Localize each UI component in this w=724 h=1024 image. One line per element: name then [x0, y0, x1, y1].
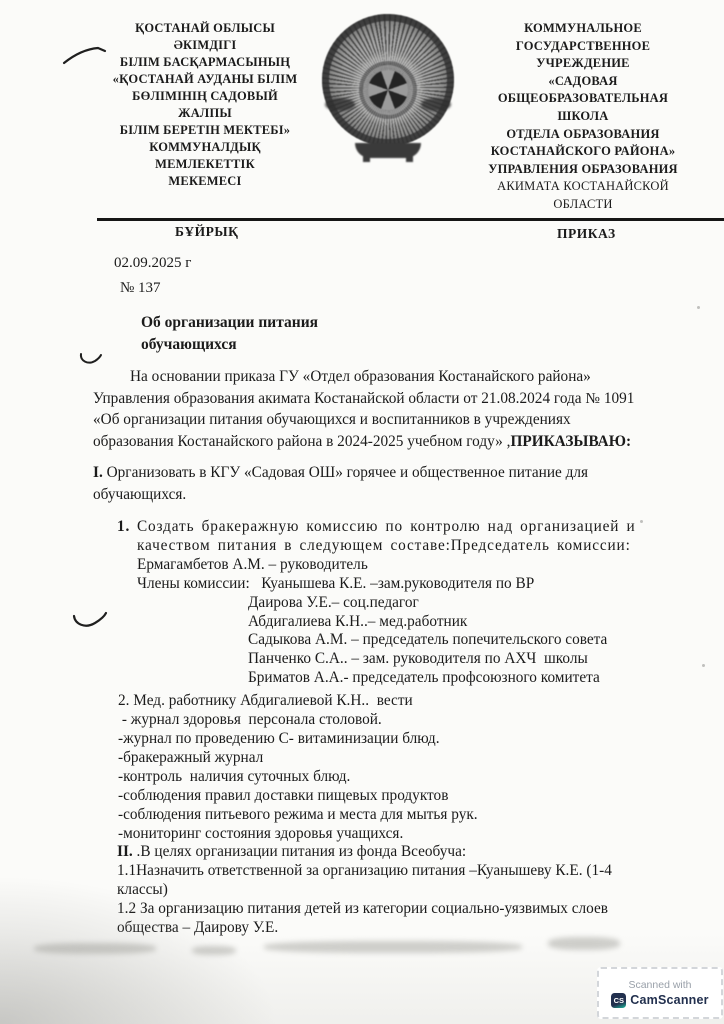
header-left-line: БІЛІМ БЕРЕТІН МЕКТЕБІ» [85, 122, 325, 139]
scan-speck [697, 306, 700, 309]
duty-line: -соблюдения питьевого режима и места для… [118, 806, 724, 825]
header-right-line: КОММУНАЛЬНОЕ [452, 20, 714, 38]
pen-checkmark [70, 609, 110, 633]
header-right-line: АКИМАТА КОСТАНАЙСКОЙ [452, 178, 714, 196]
clause-number: I. [93, 464, 103, 481]
header-right-line: КОСТАНАЙСКОГО РАЙОНА» [452, 143, 714, 161]
order-title-kk: БҰЙРЫҚ [175, 224, 238, 240]
header-right-line: УПРАВЛЕНИЯ ОБРАЗОВАНИЯ [452, 161, 714, 179]
scan-speck [702, 664, 705, 667]
header-left-line: БІЛІМ БАСҚАРМАСЫНЫҢ [85, 54, 325, 71]
duty-line: -соблюдения правил доставки пищевых прод… [118, 787, 724, 806]
header-left-line: ЖАЛПЫ [85, 105, 325, 122]
header-right-line: УЧРЕЖДЕНИЕ [452, 55, 714, 73]
commission-member-line: Даирова У.Е.– соц.педагог [248, 594, 724, 613]
body-line-text: образования Костанайского района в 2024-… [93, 433, 510, 450]
header-left-line: ҚОСТАНАЙ ОБЛЫСЫ [85, 20, 325, 37]
scan-vignette [0, 864, 300, 1024]
duty-line: -бракеражный журнал [118, 749, 724, 768]
camscanner-watermark: Scanned with CS CamScanner [597, 967, 723, 1019]
commission-item: 1.Создать бракеражную комиссию по контро… [0, 518, 724, 688]
body-line: Члены комиссии: Куанышева К.Е. –зам.руко… [137, 575, 724, 594]
body-line: образования Костанайского района в 2024-… [93, 431, 696, 453]
commission-member-line: Абдигалиева К.Н..– мед.работник [248, 613, 724, 632]
header-right-line: ОБЛАСТИ [452, 196, 714, 214]
duty-line: -журнал по проведению С- витаминизации б… [118, 730, 724, 749]
body-line: I. Организовать в КГУ «Садовая ОШ» горяч… [93, 462, 696, 484]
header-left-line: ӘКІМДІГІ [85, 37, 325, 54]
body-line: Управления образования акимата Костанайс… [93, 388, 696, 410]
header-right-line: «САДОВАЯ [452, 73, 714, 91]
duty-line: - журнал здоровья персонала столовой. [118, 711, 724, 730]
header-divider [97, 218, 724, 221]
med-worker-item: 2. Мед. работнику Абдигалиевой К.Н.. вес… [0, 692, 724, 843]
body-line: качеством питания в следующем составе:Пр… [137, 537, 724, 556]
body-line: II. .В целях организации питания из фонд… [117, 843, 724, 862]
emblem-left-wing [325, 98, 355, 111]
camscanner-brand-label: CamScanner [630, 993, 708, 1007]
body-line: «Об организации питания обучающихся и во… [93, 409, 696, 431]
emblem-right-wing [421, 98, 451, 111]
scanned-document-page: ҚОСТАНАЙ ОБЛЫСЫ ӘКІМДІГІ БІЛІМ БАСҚАРМАС… [0, 0, 724, 1024]
duty-line: -контроль наличия суточных блюд. [118, 768, 724, 787]
commission-member-line: Бриматов А.А.- председатель профсоюзного… [248, 669, 724, 688]
body-line-text: Организовать в КГУ «Садовая ОШ» горячее … [103, 464, 588, 481]
camscanner-brand-row: CS CamScanner [611, 993, 708, 1008]
body-line: 2. Мед. работнику Абдигалиевой К.Н.. вес… [118, 692, 724, 711]
subject-line: Об организации питания [141, 312, 318, 334]
header-right-line: ОБЩЕОБРАЗОВАТЕЛЬНАЯ [452, 90, 714, 108]
subject-line: обучающихся [141, 334, 318, 356]
header-left-line: «ҚОСТАНАЙ АУДАНЫ БІЛІМ [85, 71, 325, 88]
commission-member-line: Садыкова А.М. – председатель попечительс… [248, 631, 724, 650]
list-number: 1. [117, 518, 137, 537]
body-line-text: .В целях организации питания из фонда Вс… [133, 843, 466, 860]
subject-title: Об организации питания обучающихся [141, 312, 318, 356]
header-left-line: БӨЛІМІНІҢ САДОВЫЙ [85, 88, 325, 105]
camscanner-logo-icon: CS [611, 993, 626, 1008]
header-right-russian: КОММУНАЛЬНОЕ ГОСУДАРСТВЕННОЕ УЧРЕЖДЕНИЕ … [452, 20, 714, 214]
duty-line: -мониторинг состояния здоровья учащихся. [118, 825, 724, 844]
header-right-line: ШКОЛА [452, 108, 714, 126]
order-title-ru: ПРИКАЗ [557, 226, 616, 242]
emblem-base [355, 143, 421, 158]
emblem-shanyrak [368, 70, 408, 110]
clause-one-paragraph: I. Организовать в КГУ «Садовая ОШ» горяч… [0, 462, 724, 505]
header-left-line: МЕМЛЕКЕТТІК [85, 156, 325, 173]
scan-speck [640, 520, 643, 523]
body-line: 1.Создать бракеражную комиссию по контро… [117, 518, 724, 537]
header-left-line: КОММУНАЛДЫҚ [85, 139, 325, 156]
order-body: На основании приказа ГУ «Отдел образован… [0, 366, 724, 938]
body-line: Ермагамбетов А.М. – руководитель [137, 556, 724, 575]
order-number: № 137 [120, 280, 161, 297]
kazakhstan-emblem-icon [319, 12, 457, 162]
resolve-word: ПРИКАЗЫВАЮ: [510, 433, 631, 450]
header-left-kazakh: ҚОСТАНАЙ ОБЛЫСЫ ӘКІМДІГІ БІЛІМ БАСҚАРМАС… [85, 20, 325, 190]
header-left-line: МЕКЕМЕСІ [85, 173, 325, 190]
header-right-line: ГОСУДАРСТВЕННОЕ [452, 38, 714, 56]
commission-member-line: Панченко С.А.. – зам. руководителя по АХ… [248, 650, 724, 669]
body-line: обучающихся. [93, 484, 696, 506]
header-right-line: ОТДЕЛА ОБРАЗОВАНИЯ [452, 126, 714, 144]
body-line-text: Создать бракеражную комиссию по контролю… [137, 518, 636, 535]
clause-number: II. [117, 843, 133, 860]
pen-mark [60, 42, 110, 68]
order-date: 02.09.2025 г [114, 255, 191, 272]
body-line: На основании приказа ГУ «Отдел образован… [93, 366, 696, 388]
scanned-with-label: Scanned with [628, 979, 691, 991]
basis-paragraph: На основании приказа ГУ «Отдел образован… [0, 366, 724, 452]
